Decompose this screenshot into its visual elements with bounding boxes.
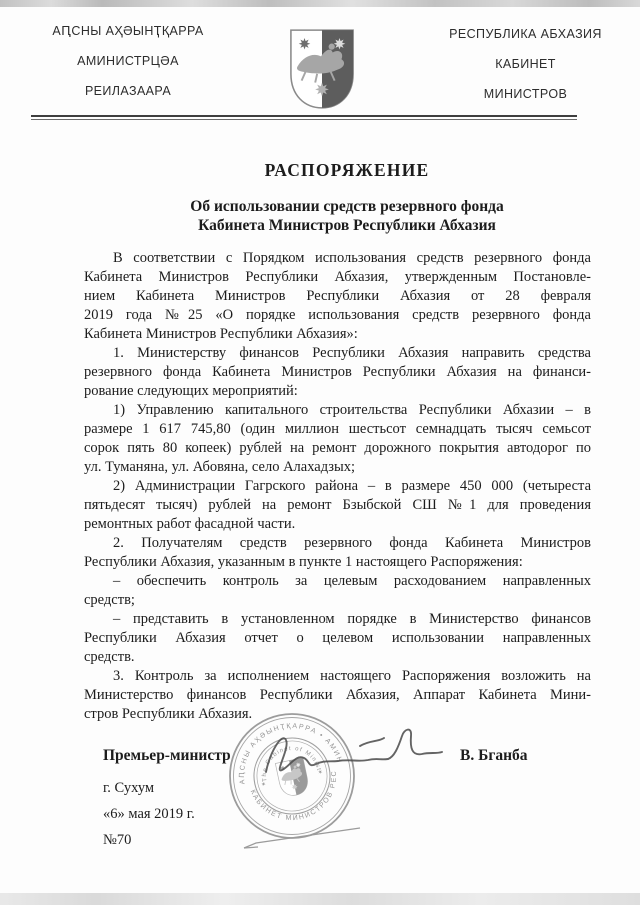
signer-name: В. Бганба bbox=[460, 747, 528, 765]
body-line: 1) Управлению капитального строительства… bbox=[84, 401, 591, 420]
coat-of-arms-icon bbox=[288, 26, 356, 112]
letterhead-left: АԤСНЫ АҲӘЫНҬҚАРРА АМИНИСТРЦӘА РЕИЛАЗААРА bbox=[28, 16, 228, 106]
letterhead-right-line: МИНИСТРОВ bbox=[428, 79, 623, 109]
document-number: №70 bbox=[103, 832, 131, 849]
body-line: сорок пять 80 копеек) рублей на ремонт д… bbox=[84, 439, 591, 458]
body-line: В соответствии с Порядком использования … bbox=[84, 249, 591, 268]
body-line: резервного фонда Кабинета Министров Респ… bbox=[84, 363, 591, 382]
body-line: Республики Абхазия, указанным в пункте 1… bbox=[84, 553, 591, 572]
document-subject: Об использовании средств резервного фонд… bbox=[84, 197, 610, 235]
body-line: нием Кабинета Министров Республики Абхаз… bbox=[84, 287, 591, 306]
letterhead-right-line: РЕСПУБЛИКА АБХАЗИЯ bbox=[428, 19, 623, 49]
letterhead-right: РЕСПУБЛИКА АБХАЗИЯ КАБИНЕТ МИНИСТРОВ bbox=[428, 19, 623, 109]
letterhead-left-line: РЕИЛАЗААРА bbox=[28, 76, 228, 106]
document-subject-line: Об использовании средств резервного фонд… bbox=[84, 197, 610, 216]
body-line: рование следующих мероприятий: bbox=[84, 382, 591, 401]
body-line: ул. Туманяна, ул. Абовяна, село Алахадзы… bbox=[84, 458, 591, 477]
body-line: Республики Абхазия отчет о целевом испол… bbox=[84, 629, 591, 648]
body-line: 3. Контроль за исполнением настоящего Ра… bbox=[84, 667, 591, 686]
header-divider bbox=[31, 115, 577, 120]
date-line: «6» мая 2019 г. bbox=[103, 806, 195, 823]
document-subject-line: Кабинета Министров Республики Абхазия bbox=[84, 216, 610, 235]
body-line: размере 1 617 745,80 (один миллион шесть… bbox=[84, 420, 591, 439]
place-line: г. Сухум bbox=[103, 780, 154, 797]
body-line: Министерство финансов Республики Абхазия… bbox=[84, 686, 591, 705]
body-line: 1. Министерству финансов Республики Абха… bbox=[84, 344, 591, 363]
body-line: 2. Получателям средств резервного фонда … bbox=[84, 534, 591, 553]
document-body: В соответствии с Порядком использования … bbox=[84, 249, 591, 724]
body-line: – обеспечить контроль за целевым расходо… bbox=[84, 572, 591, 591]
signature-tail-stroke bbox=[240, 824, 370, 852]
body-line: 2019 года №25 «О порядке использования с… bbox=[84, 306, 591, 325]
document-page: АԤСНЫ АҲӘЫНҬҚАРРА АМИНИСТРЦӘА РЕИЛАЗААРА… bbox=[0, 0, 640, 905]
letterhead-left-line: АМИНИСТРЦӘА bbox=[28, 46, 228, 76]
body-line: средств; bbox=[84, 591, 591, 610]
body-line: – представить в установленном порядке в … bbox=[84, 610, 591, 629]
scan-artifact-top bbox=[0, 0, 640, 7]
document-title: РАСПОРЯЖЕНИЕ bbox=[84, 160, 610, 181]
body-line: пятьдесят тысяч) рублей на ремонт Бзыбск… bbox=[84, 496, 591, 515]
body-line: Кабинета Министров Республики Абхазия»: bbox=[84, 325, 591, 344]
letterhead-left-line: АԤСНЫ АҲӘЫНҬҚАРРА bbox=[28, 16, 228, 46]
body-line: средств. bbox=[84, 648, 591, 667]
signer-role: Премьер-министр bbox=[103, 747, 231, 765]
handwritten-signature bbox=[260, 724, 470, 784]
body-line: 2) Администрации Гагрского района – в ра… bbox=[84, 477, 591, 496]
body-line: ремонтных работ фасадной части. bbox=[84, 515, 591, 534]
letterhead-right-line: КАБИНЕТ bbox=[428, 49, 623, 79]
scan-artifact-bottom bbox=[0, 893, 640, 905]
body-line: Кабинета Министров Республики Абхазия, у… bbox=[84, 268, 591, 287]
